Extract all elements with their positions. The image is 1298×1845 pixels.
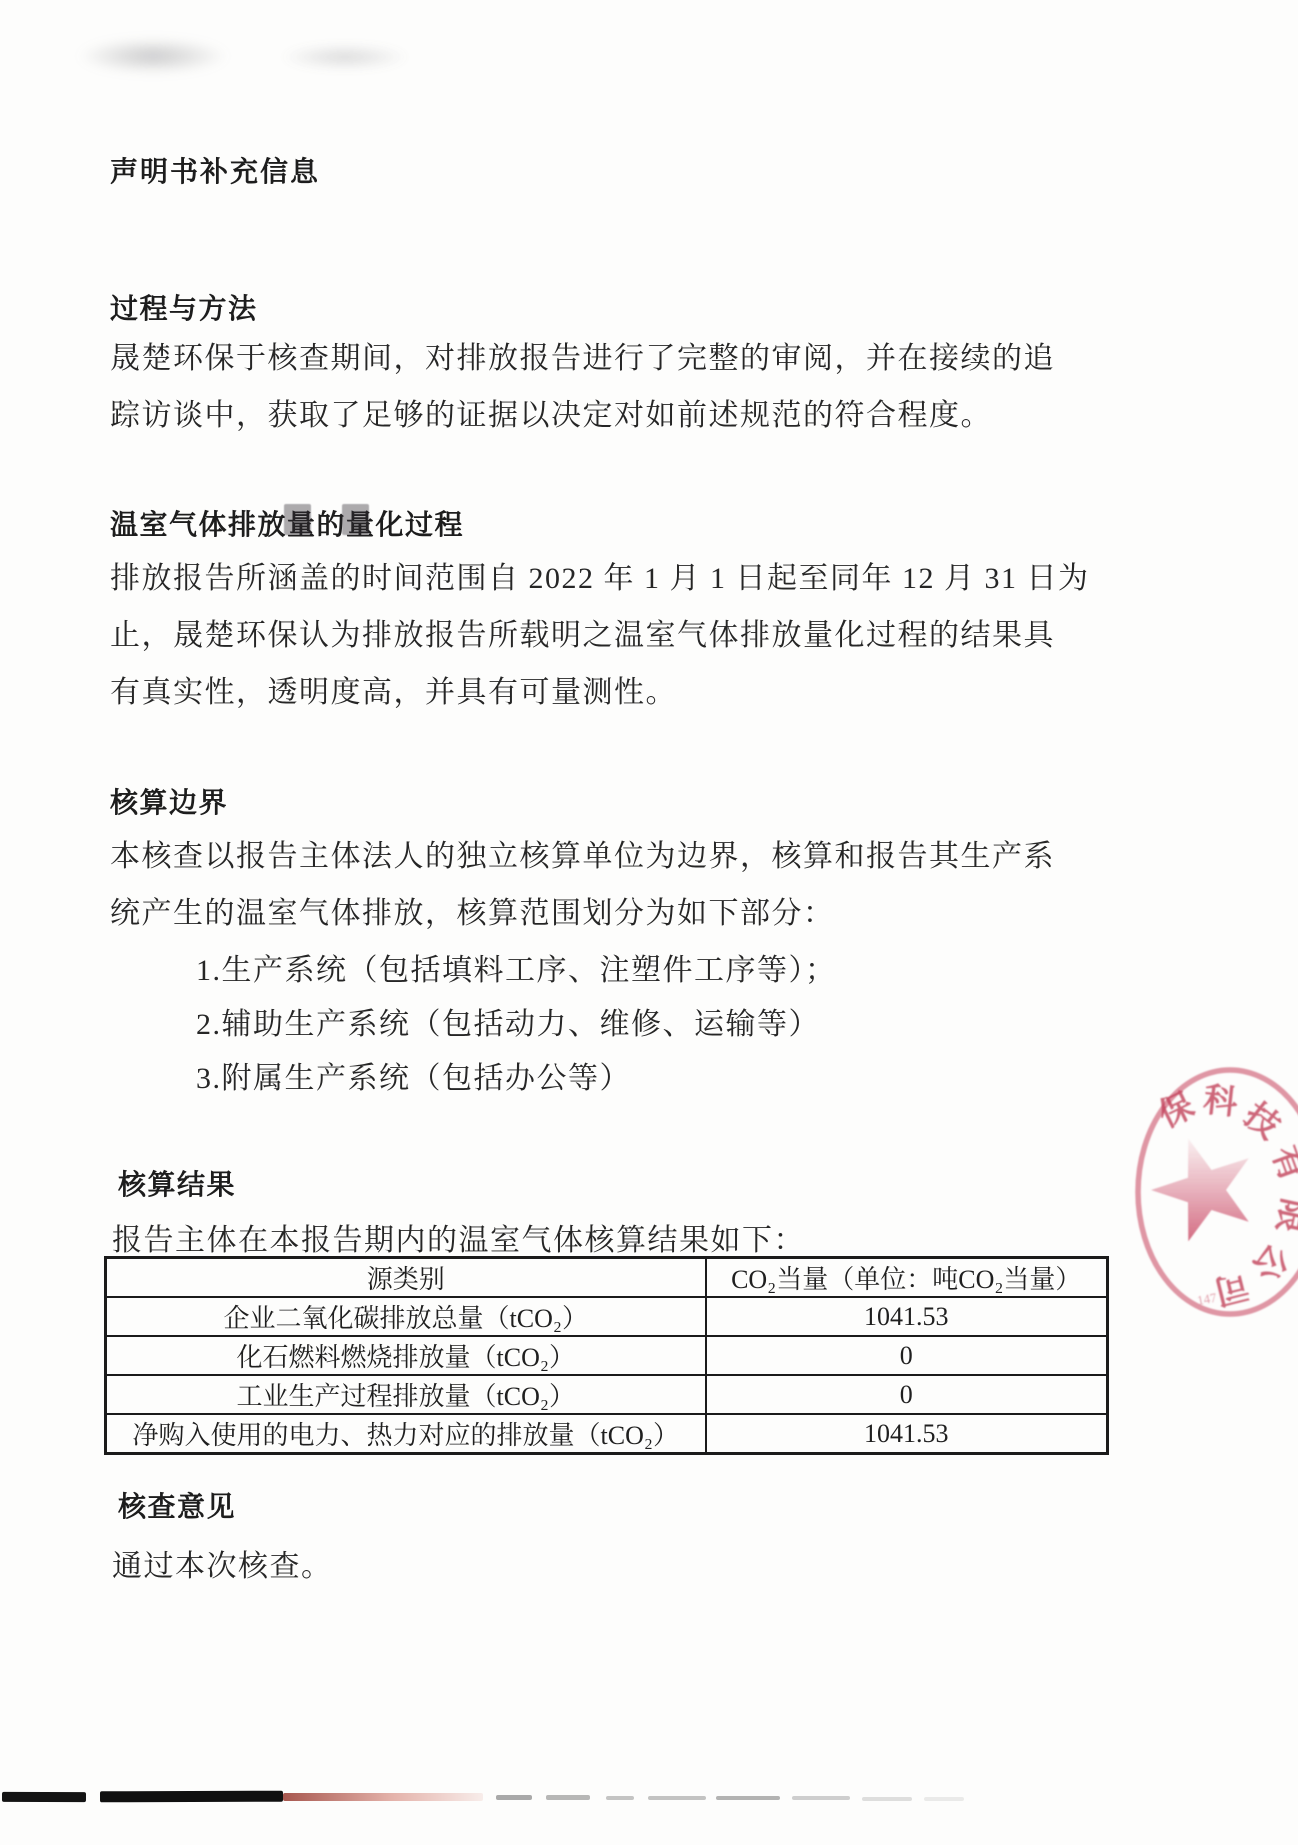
co2-value-cell: 1041.53: [706, 1297, 1108, 1336]
section-body-quantification: 排放报告所涵盖的时间范围自 2022 年 1 月 1 日起至同年 12 月 31…: [110, 550, 1105, 721]
scan-artifact-bar: [2, 1792, 86, 1802]
co2-value-cell: 0: [706, 1336, 1108, 1375]
section-heading-results: 核算结果: [118, 1163, 236, 1203]
scan-smudge: [78, 38, 228, 74]
seal-character: 有: [1264, 1141, 1298, 1186]
table-row: 企业二氧化碳排放总量（tCO₂）1041.53: [106, 1297, 1108, 1336]
scan-smudge: [280, 44, 410, 70]
seal-character: 保: [1153, 1086, 1200, 1135]
company-seal-stamp: 保科技有限公司 147: [1090, 1040, 1298, 1360]
seal-star-icon: [1151, 1139, 1249, 1242]
page-title: 声明书补充信息: [110, 150, 320, 190]
boundary-list-item: 1.生产系统（包括填料工序、注塑件工序等）；: [196, 945, 837, 989]
col-header-co2-equivalent: CO₂当量（单位：吨CO₂当量）: [706, 1258, 1108, 1298]
document-page: 声明书补充信息 过程与方法 晟楚环保于核查期间，对排放报告进行了完整的审阅，并在…: [0, 0, 1298, 1845]
results-table: 源类别 CO₂当量（单位：吨CO₂当量） 企业二氧化碳排放总量（tCO₂）104…: [104, 1256, 1109, 1455]
scan-artifact-dash: [496, 1795, 532, 1800]
section-body-process: 晟楚环保于核查期间，对排放报告进行了完整的审阅，并在接续的追 踪访谈中，获取了足…: [110, 330, 1105, 444]
overprint-artifact: [284, 504, 311, 535]
section-heading-process: 过程与方法: [110, 287, 258, 327]
section-heading-boundary: 核算边界: [110, 781, 228, 821]
col-header-source: 源类别: [106, 1258, 706, 1298]
seal-small-text: 147: [1196, 1290, 1218, 1308]
scan-artifact-bar: [283, 1793, 483, 1801]
source-category-cell: 化石燃料燃烧排放量（tCO₂）: [106, 1336, 706, 1375]
source-category-cell: 净购入使用的电力、热力对应的排放量（tCO₂）: [106, 1414, 706, 1454]
scan-artifact-dash: [606, 1796, 634, 1800]
results-table-body: 企业二氧化碳排放总量（tCO₂）1041.53化石燃料燃烧排放量（tCO₂）0工…: [106, 1297, 1108, 1454]
seal-character: 公: [1245, 1237, 1295, 1287]
section-heading-opinion: 核查意见: [118, 1485, 236, 1525]
seal-character: 限: [1269, 1195, 1298, 1236]
scan-artifact-dash: [648, 1796, 706, 1800]
table-row: 化石燃料燃烧排放量（tCO₂）0: [106, 1336, 1108, 1375]
co2-value-cell: 1041.53: [706, 1414, 1108, 1454]
section-body-boundary: 本核查以报告主体法人的独立核算单位为边界，核算和报告其生产系 统产生的温室气体排…: [110, 828, 1105, 942]
source-category-cell: 企业二氧化碳排放总量（tCO₂）: [106, 1297, 706, 1336]
scan-artifact-dash: [924, 1797, 964, 1801]
boundary-list-item: 2.辅助生产系统（包括动力、维修、运输等）: [196, 999, 820, 1043]
scan-artifact-dash: [862, 1797, 912, 1801]
table-row: 工业生产过程排放量（tCO₂）0: [106, 1375, 1108, 1414]
scan-artifact-dash: [546, 1795, 590, 1800]
seal-character: 科: [1202, 1081, 1240, 1122]
co2-value-cell: 0: [706, 1375, 1108, 1414]
scan-artifact-dash: [716, 1796, 780, 1800]
table-header-row: 源类别 CO₂当量（单位：吨CO₂当量）: [106, 1258, 1108, 1298]
scan-artifact-bar: [100, 1791, 283, 1803]
boundary-list-item: 3.附属生产系统（包括办公等）: [196, 1053, 631, 1097]
table-row: 净购入使用的电力、热力对应的排放量（tCO₂）1041.53: [106, 1414, 1108, 1454]
source-category-cell: 工业生产过程排放量（tCO₂）: [106, 1375, 706, 1414]
section-body-opinion: 通过本次核查。: [112, 1538, 1107, 1595]
overprint-artifact: [342, 504, 369, 535]
seal-character: 技: [1237, 1096, 1287, 1147]
scan-artifact-dash: [792, 1796, 850, 1800]
